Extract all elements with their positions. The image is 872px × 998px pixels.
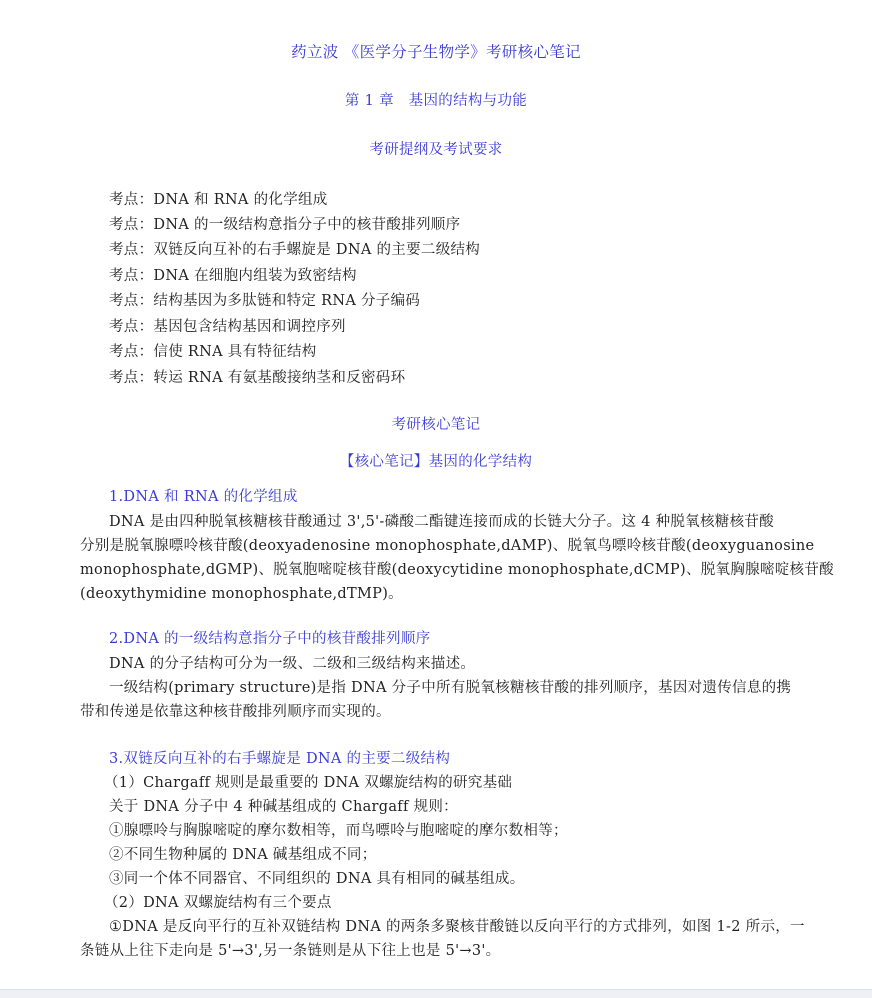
paragraph-line: ①腺嘌呤与胸腺嘧啶的摩尔数相等，而鸟嘌呤与胞嘧啶的摩尔数相等；: [109, 821, 568, 841]
paragraph-line: 条链从上往下走向是 5'→3',另一条链则是从下往上也是 5'→3'。: [80, 941, 500, 961]
key-point: 考点：DNA 的一级结构意指分子中的核苷酸排列顺序: [109, 215, 460, 235]
key-point: 考点：DNA 在细胞内组装为致密结构: [109, 266, 357, 286]
viewer-bottom-edge: [0, 989, 872, 998]
paragraph-line: DNA 是由四种脱氧核糖核苷酸通过 3',5'-磷酸二酯键连接而成的长链大分子。…: [109, 512, 774, 532]
document-title: 药立波 《医学分子生物学》考研核心笔记: [0, 42, 872, 62]
section-heading: 3.双链反向互补的右手螺旋是 DNA 的主要二级结构: [109, 749, 450, 769]
paragraph-line: ①DNA 是反向平行的互补双链结构 DNA 的两条多聚核苷酸链以反向平行的方式排…: [109, 917, 805, 937]
paragraph-line: 一级结构(primary structure)是指 DNA 分子中所有脱氧核糖核…: [109, 678, 791, 698]
paragraph-line: 分别是脱氧腺嘌呤核苷酸(deoxyadenosine monophosphate…: [80, 536, 814, 556]
paragraph-line: monophosphate,dGMP)、脱氧胞嘧啶核苷酸(deoxycytidi…: [80, 560, 834, 580]
paragraph-line: ②不同生物种属的 DNA 碱基组成不同；: [109, 845, 377, 865]
section-heading: 2.DNA 的一级结构意指分子中的核苷酸排列顺序: [109, 629, 430, 649]
section-heading: 1.DNA 和 RNA 的化学组成: [109, 487, 298, 507]
notes-subheading: 【核心笔记】基因的化学结构: [0, 452, 872, 472]
notes-heading: 考研核心笔记: [0, 415, 872, 435]
paragraph-line: (deoxythymidine monophosphate,dTMP)。: [80, 584, 403, 604]
outline-heading: 考研提纲及考试要求: [0, 140, 872, 160]
paragraph-line: 关于 DNA 分子中 4 种碱基组成的 Chargaff 规则：: [109, 797, 458, 817]
document-page: 药立波 《医学分子生物学》考研核心笔记 第 1 章 基因的结构与功能 考研提纲及…: [0, 0, 872, 990]
key-point: 考点：双链反向互补的右手螺旋是 DNA 的主要二级结构: [109, 240, 480, 260]
paragraph-line: 带和传递是依靠这种核苷酸排列顺序而实现的。: [80, 702, 391, 722]
key-point: 考点：转运 RNA 有氨基酸接纳茎和反密码环: [109, 368, 405, 388]
paragraph-line: （1）Chargaff 规则是最重要的 DNA 双螺旋结构的研究基础: [104, 773, 512, 793]
paragraph-line: DNA 的分子结构可分为一级、二级和三级结构来描述。: [109, 654, 475, 674]
chapter-title: 第 1 章 基因的结构与功能: [0, 91, 872, 111]
paragraph-line: ③同一个体不同器官、不同组织的 DNA 具有相同的碱基组成。: [109, 869, 525, 889]
key-point: 考点：结构基因为多肽链和特定 RNA 分子编码: [109, 291, 420, 311]
key-point: 考点：基因包含结构基因和调控序列: [109, 317, 346, 337]
paragraph-line: （2）DNA 双螺旋结构有三个要点: [104, 893, 332, 913]
key-point: 考点：DNA 和 RNA 的化学组成: [109, 190, 328, 210]
key-point: 考点：信使 RNA 具有特征结构: [109, 342, 317, 362]
